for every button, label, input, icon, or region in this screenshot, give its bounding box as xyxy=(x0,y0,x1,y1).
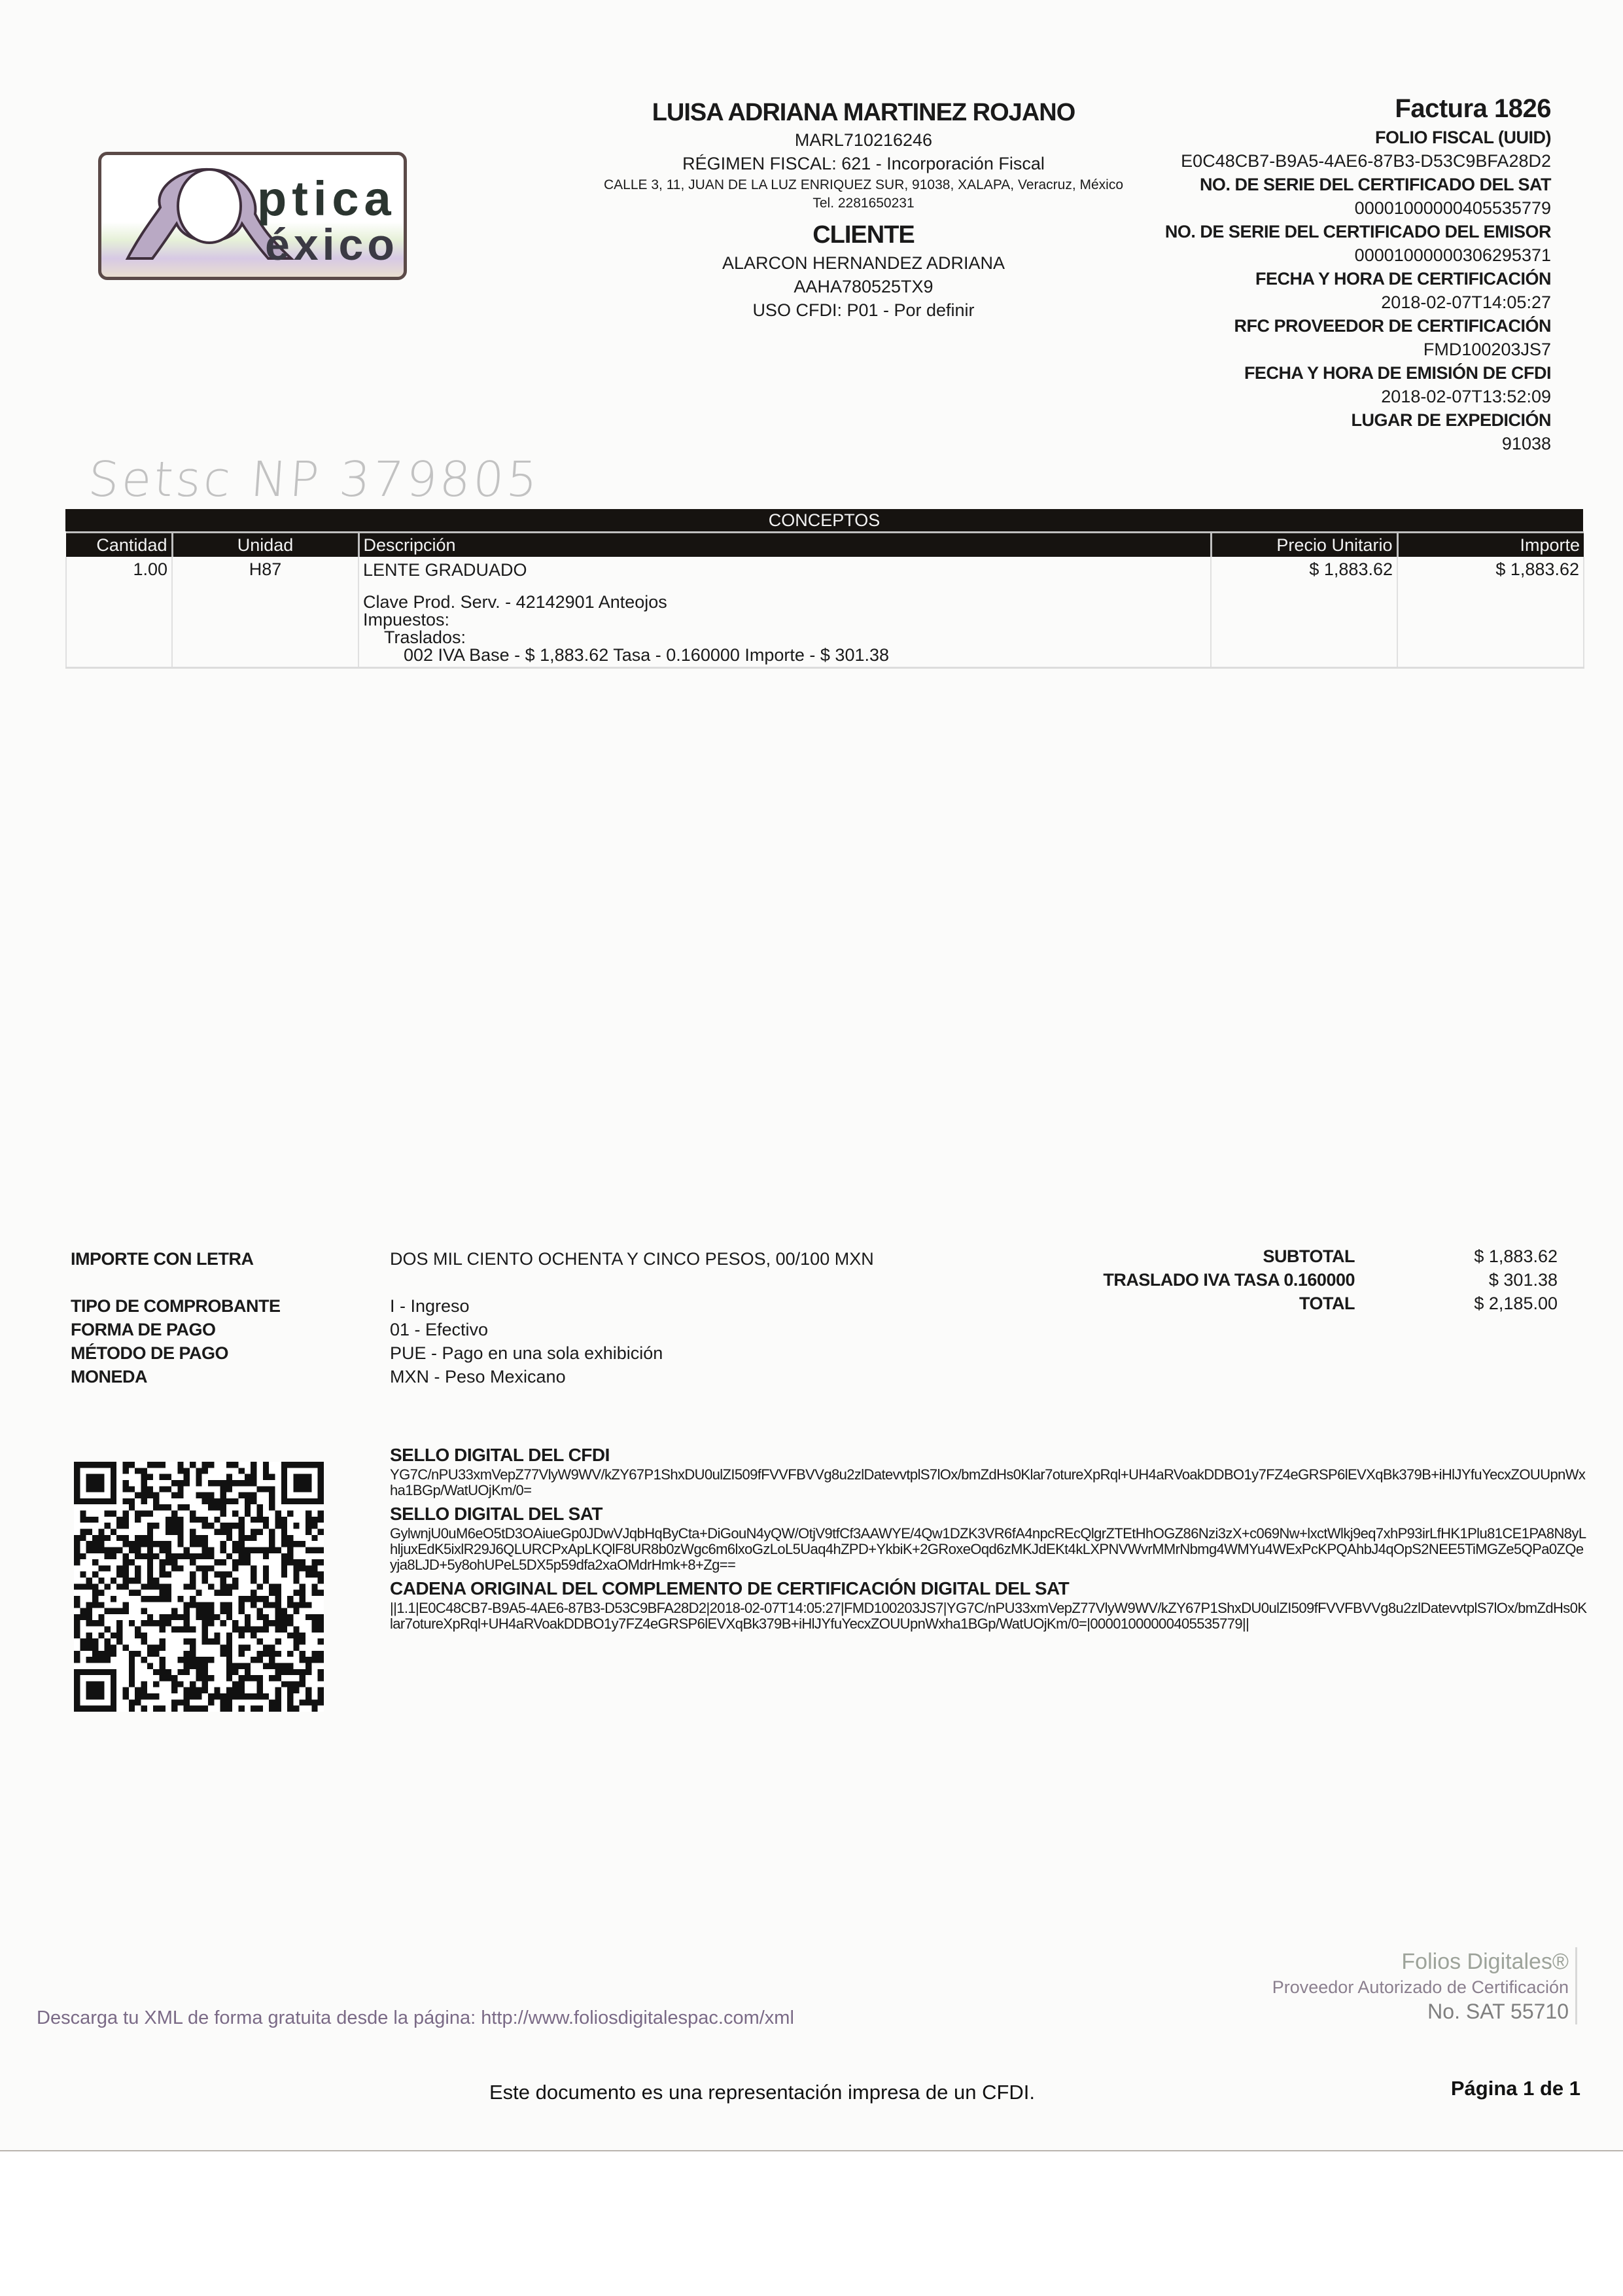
seal-heading: SELLO DIGITAL DEL SAT xyxy=(390,1502,1587,1526)
table-row: 1.00 H87 LENTE GRADUADO Clave Prod. Serv… xyxy=(66,557,1584,668)
cell-cantidad: 1.00 xyxy=(66,557,172,668)
meta-label: NO. DE SERIE DEL CERTIFICADO DEL EMISOR xyxy=(1015,220,1551,243)
seal-heading: SELLO DIGITAL DEL CFDI xyxy=(390,1443,1587,1467)
concepts-table: CONCEPTOS Cantidad Unidad Descripción Pr… xyxy=(65,509,1583,669)
handwritten-note: Setsc NP 379805 xyxy=(86,451,542,508)
meta-field: LUGAR DE EXPEDICIÓN91038 xyxy=(1015,408,1551,455)
detail-label: MÉTODO DE PAGO xyxy=(71,1341,390,1365)
detail-label: MONEDA xyxy=(71,1365,390,1388)
meta-label: FECHA Y HORA DE CERTIFICACIÓN xyxy=(1015,267,1551,291)
traslado-detail: 002 IVA Base - $ 1,883.62 Tasa - 0.16000… xyxy=(363,646,1206,664)
invoice-title: Factura 1826 xyxy=(1015,92,1551,126)
detail-value: PUE - Pago en una sola exhibición xyxy=(390,1341,663,1365)
description-text: LENTE GRADUADO xyxy=(363,559,1206,580)
meta-value: 00001000000405535779 xyxy=(1015,196,1551,220)
column-header-unidad: Unidad xyxy=(172,533,358,557)
meta-field: NO. DE SERIE DEL CERTIFICADO DEL SAT0000… xyxy=(1015,173,1551,220)
detail-value: I - Ingreso xyxy=(390,1294,470,1318)
meta-label: NO. DE SERIE DEL CERTIFICADO DEL SAT xyxy=(1015,173,1551,196)
cfdi-disclaimer: Este documento es una representación imp… xyxy=(489,2081,1035,2104)
seal-text: ||1.1|E0C48CB7-B9A5-4AE6-87B3-D53C9BFA28… xyxy=(390,1600,1587,1632)
meta-field: FECHA Y HORA DE CERTIFICACIÓN2018-02-07T… xyxy=(1015,267,1551,314)
seal-text: GylwnjU0uM6eO5tD3OAiueGp0JDwVJqbHqByCta+… xyxy=(390,1526,1587,1573)
meta-value: FMD100203JS7 xyxy=(1015,338,1551,361)
column-header-cantidad: Cantidad xyxy=(66,533,172,557)
pac-info: Folios Digitales® Proveedor Autorizado d… xyxy=(1272,1947,1577,2024)
subtotal-value: $ 1,883.62 xyxy=(1355,1245,1577,1268)
company-logo: ptica éxico xyxy=(98,152,407,280)
totals-block: SUBTOTAL$ 1,883.62 TRASLADO IVA TASA 0.1… xyxy=(1054,1245,1577,1315)
meta-label: FECHA Y HORA DE EMISIÓN DE CFDI xyxy=(1015,361,1551,385)
payment-summary: IMPORTE CON LETRADOS MIL CIENTO OCHENTA … xyxy=(71,1247,874,1388)
meta-label: LUGAR DE EXPEDICIÓN xyxy=(1015,408,1551,432)
pac-name: Folios Digitales® xyxy=(1272,1947,1569,1976)
impuestos-label: Impuestos: xyxy=(363,611,1206,629)
cell-unidad: H87 xyxy=(172,557,358,668)
detail-label: TIPO DE COMPROBANTE xyxy=(71,1294,390,1318)
qr-code xyxy=(74,1462,324,1712)
digital-seals: SELLO DIGITAL DEL CFDI YG7C/nPU33xmVepZ7… xyxy=(390,1439,1587,1632)
meta-value: 2018-02-07T14:05:27 xyxy=(1015,291,1551,314)
meta-label: RFC PROVEEDOR DE CERTIFICACIÓN xyxy=(1015,314,1551,338)
total-value: $ 2,185.00 xyxy=(1355,1292,1577,1315)
clave-prod-serv: Clave Prod. Serv. - 42142901 Anteojos xyxy=(363,593,1206,611)
meta-label: FOLIO FISCAL (UUID) xyxy=(1015,126,1551,149)
scan-background xyxy=(0,2150,1623,2296)
meta-value: 91038 xyxy=(1015,432,1551,455)
meta-field: FOLIO FISCAL (UUID)E0C48CB7-B9A5-4AE6-87… xyxy=(1015,126,1551,173)
traslados-label: Traslados: xyxy=(363,629,1206,646)
qr-code-icon xyxy=(74,1462,324,1712)
meta-field: RFC PROVEEDOR DE CERTIFICACIÓNFMD100203J… xyxy=(1015,314,1551,361)
meta-field: NO. DE SERIE DEL CERTIFICADO DEL EMISOR0… xyxy=(1015,220,1551,267)
column-header-precio-unitario: Precio Unitario xyxy=(1211,533,1397,557)
column-header-descripcion: Descripción xyxy=(358,533,1211,557)
detail-value: 01 - Efectivo xyxy=(390,1318,488,1341)
seal-heading: CADENA ORIGINAL DEL COMPLEMENTO DE CERTI… xyxy=(390,1577,1587,1600)
total-label: TOTAL xyxy=(1299,1292,1355,1315)
meta-value: E0C48CB7-B9A5-4AE6-87B3-D53C9BFA28D2 xyxy=(1015,149,1551,173)
column-header-importe: Importe xyxy=(1397,533,1584,557)
importe-letra-value: DOS MIL CIENTO OCHENTA Y CINCO PESOS, 00… xyxy=(390,1247,874,1271)
iva-value: $ 301.38 xyxy=(1355,1268,1577,1292)
pac-subtitle: Proveedor Autorizado de Certificación xyxy=(1272,1976,1569,1998)
invoice-meta: Factura 1826 FOLIO FISCAL (UUID)E0C48CB7… xyxy=(1015,92,1551,455)
optica-mexico-logo-icon: ptica éxico xyxy=(101,155,404,277)
meta-field: FECHA Y HORA DE EMISIÓN DE CFDI2018-02-0… xyxy=(1015,361,1551,408)
pac-sat-number: No. SAT 55710 xyxy=(1272,1998,1569,2024)
page-number: Página 1 de 1 xyxy=(1451,2077,1580,2100)
seal-text: YG7C/nPU33xmVepZ77VlyW9WV/kZY67P1ShxDU0u… xyxy=(390,1467,1587,1498)
importe-letra-label: IMPORTE CON LETRA xyxy=(71,1247,390,1271)
subtotal-label: SUBTOTAL xyxy=(1263,1245,1355,1268)
iva-label: TRASLADO IVA TASA 0.160000 xyxy=(1103,1268,1355,1292)
concepts-heading: CONCEPTOS xyxy=(65,509,1583,531)
meta-value: 2018-02-07T13:52:09 xyxy=(1015,385,1551,408)
cell-importe: $ 1,883.62 xyxy=(1397,557,1584,668)
meta-value: 00001000000306295371 xyxy=(1015,243,1551,267)
xml-download-link[interactable]: Descarga tu XML de forma gratuita desde … xyxy=(37,2007,794,2029)
cell-descripcion: LENTE GRADUADO Clave Prod. Serv. - 42142… xyxy=(358,557,1211,668)
detail-label: FORMA DE PAGO xyxy=(71,1318,390,1341)
cell-precio-unitario: $ 1,883.62 xyxy=(1211,557,1397,668)
detail-value: MXN - Peso Mexicano xyxy=(390,1365,566,1388)
